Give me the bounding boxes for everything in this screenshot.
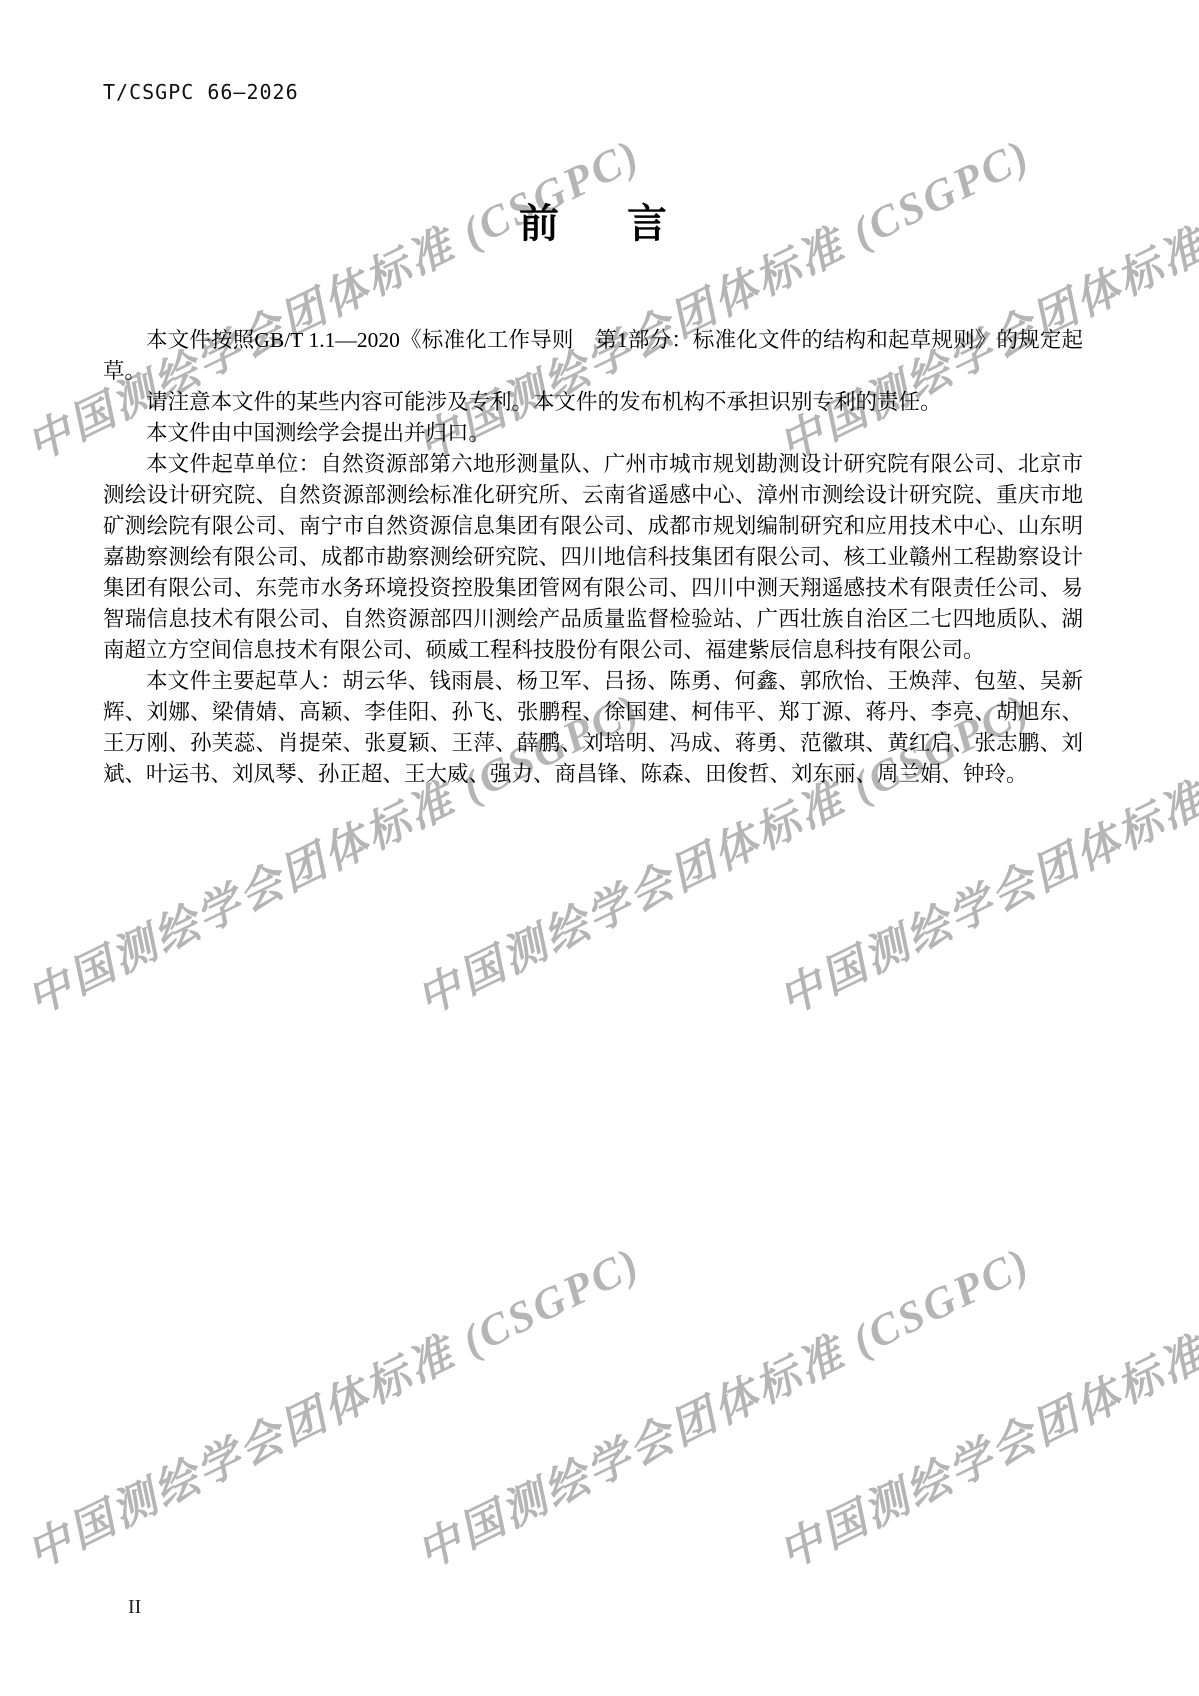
foreword-paragraph: 本文件按照GB/T 1.1—2020《标准化工作导则 第1部分：标准化文件的结构… [103, 325, 1083, 387]
page-number: II [128, 1596, 141, 1619]
document-page: 中国测绘学会团体标准 (CSGPC)中国测绘学会团体标准 (CSGPC)中国测绘… [0, 0, 1199, 1696]
foreword-paragraph: 本文件主要起草人：胡云华、钱雨晨、杨卫军、吕扬、陈勇、何鑫、郭欣怡、王焕萍、包堃… [103, 666, 1083, 790]
foreword-body: 本文件按照GB/T 1.1—2020《标准化工作导则 第1部分：标准化文件的结构… [103, 325, 1083, 790]
foreword-paragraph: 本文件起草单位：自然资源部第六地形测量队、广州市城市规划勘测设计研究院有限公司、… [103, 449, 1083, 666]
foreword-paragraph: 请注意本文件的某些内容可能涉及专利。本文件的发布机构不承担识别专利的责任。 [103, 387, 1083, 418]
standard-code: T/CSGPC 66—2026 [103, 80, 299, 104]
foreword-title: 前 言 [100, 192, 1100, 249]
foreword-paragraph: 本文件由中国测绘学会提出并归口。 [103, 418, 1083, 449]
page-content: T/CSGPC 66—2026 前 言 本文件按照GB/T 1.1—2020《标… [0, 0, 1199, 1696]
